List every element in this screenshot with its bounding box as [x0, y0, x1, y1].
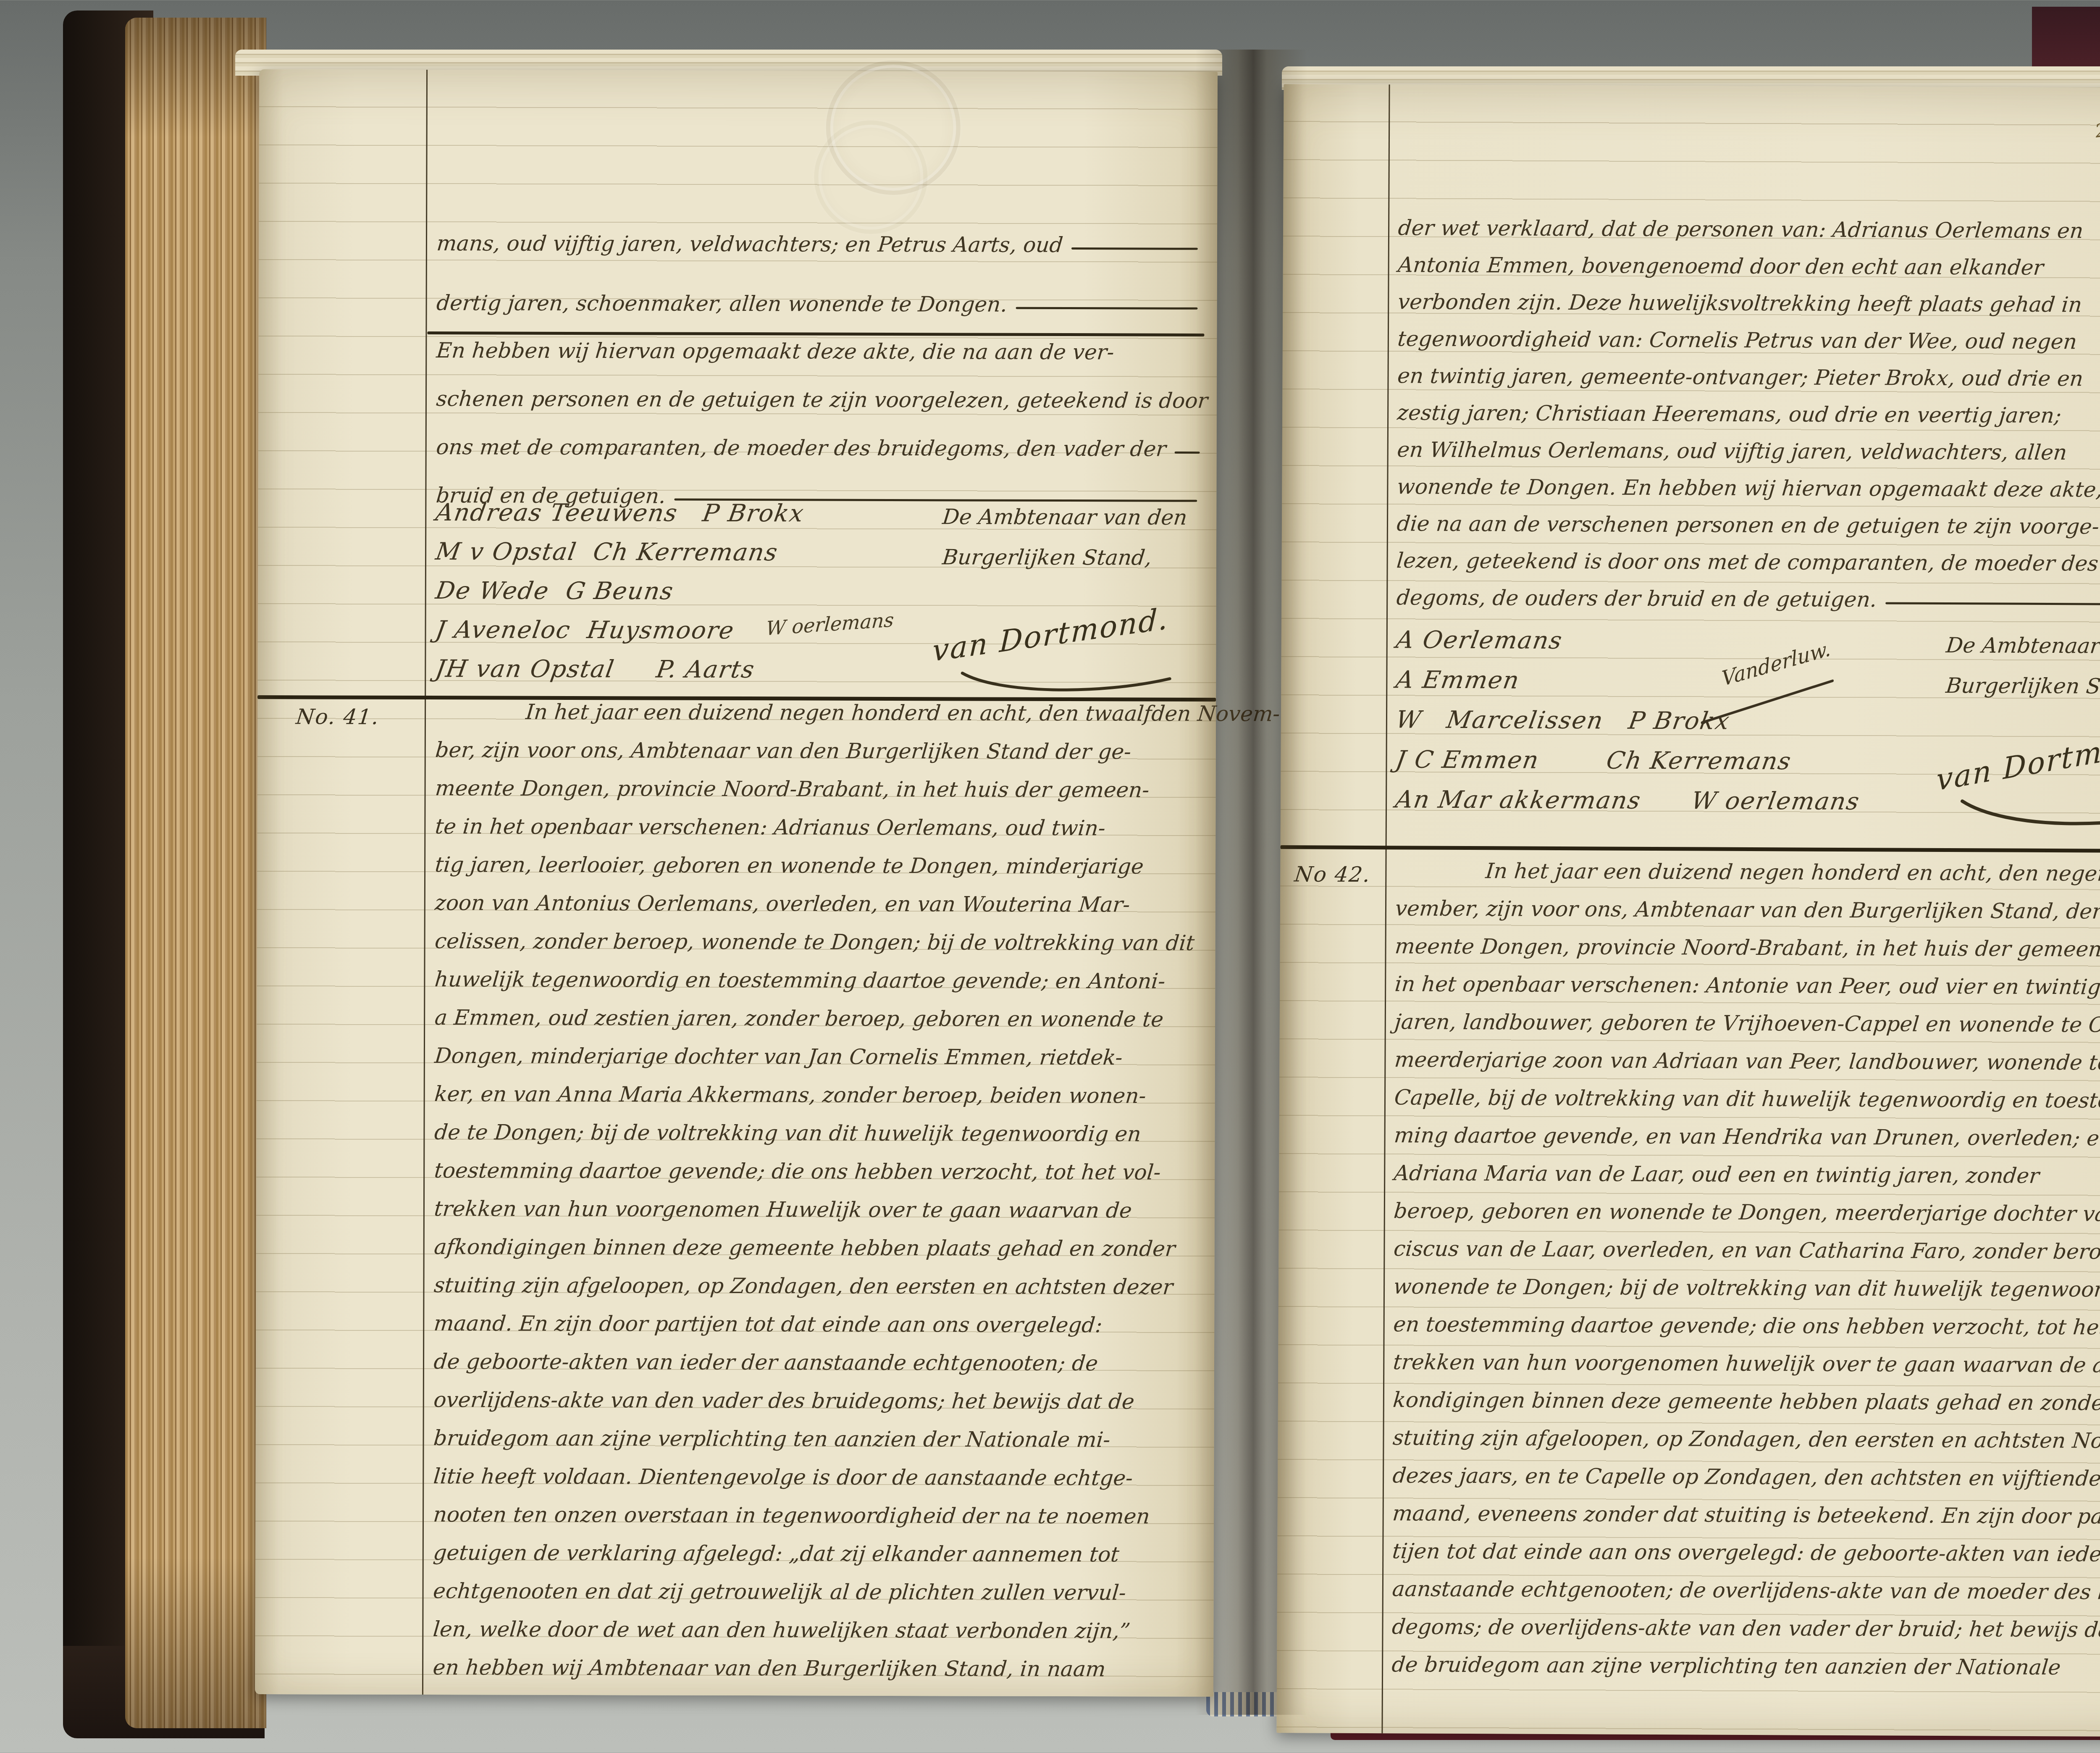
- signature: M v Opstal Ch Kerremans: [436, 526, 982, 567]
- handwritten-line: degoms, de ouders der bruid en de getuig…: [1396, 573, 2100, 613]
- handwritten-line: mans, oud vijftig jaren, veldwachters; e…: [437, 196, 1200, 258]
- handwritten-line: afkondigingen binnen deze gemeente hebbe…: [434, 1221, 1200, 1261]
- handwritten-line: huwelijk tegenwoordig en toestemming daa…: [435, 953, 1200, 993]
- record-41-body: In het jaar een duizend negen honderd en…: [433, 686, 1201, 1682]
- signature: Andreas Teeuwens P Brokx: [436, 487, 982, 528]
- handwritten-line: tig jaren, leerlooier, geboren en wonend…: [435, 838, 1200, 879]
- handwritten-line: lezen, geteekend is door ons met de comp…: [1397, 536, 2100, 576]
- handwritten-line: Capelle, bij de voltrekking van dit huwe…: [1394, 1072, 2100, 1113]
- record-40-signatures: Andreas Teeuwens P BrokxM v Opstal Ch Ke…: [436, 487, 982, 684]
- record-40-closing-lines: En hebben wij hiervan opgemaakt deze akt…: [436, 314, 1200, 510]
- handwritten-line: bruidegom aan zijne verplichting ten aan…: [433, 1412, 1199, 1452]
- handwritten-line: en Wilhelmus Oerlemans, oud vijftig jare…: [1397, 425, 2100, 465]
- registrar-title-line1: De Ambtenaar van den: [941, 505, 1189, 530]
- handwritten-line: In het jaar een duizend negen honderd en…: [1395, 845, 2100, 886]
- handwritten-line: tegenwoordigheid van: Cornelis Petrus va…: [1398, 314, 2100, 354]
- handwritten-line: maand, eveneens zonder dat stuiting is b…: [1393, 1488, 2100, 1529]
- handwritten-line: ker, en van Anna Maria Akkermans, zonder…: [435, 1068, 1200, 1108]
- handwritten-line: in het openbaar verschenen: Antonie van …: [1395, 958, 2100, 999]
- handwritten-line: de bruidegom aan zijne verplichting ten …: [1392, 1639, 2100, 1680]
- handwritten-line: len, welke door de wet aan den huwelijke…: [433, 1603, 1198, 1643]
- record-42-body: In het jaar een duizend negen honderd en…: [1392, 845, 2100, 1680]
- margin-divider-rule-right: [1381, 84, 1390, 1733]
- handwritten-line: Antonia Emmen, bovengenoemd door den ech…: [1398, 240, 2100, 280]
- handwritten-line: stuiting zijn afgeloopen, op Zondagen, d…: [1393, 1412, 2100, 1453]
- folio-annotation: 2° cv: [2094, 115, 2100, 142]
- handwritten-line: zoon van Antonius Oerlemans, overleden, …: [435, 877, 1200, 917]
- handwritten-line: wonende te Dongen; bij de voltrekking va…: [1394, 1261, 2100, 1302]
- handwritten-line: ciscus van de Laar, overleden, en van Ca…: [1394, 1223, 2100, 1264]
- handwritten-line: echtgenooten en dat zij getrouwelijk al …: [433, 1565, 1199, 1605]
- handwritten-line: dezes jaars, en te Capelle op Zondagen, …: [1393, 1450, 2100, 1491]
- handwritten-line: Adriana Maria van de Laar, oud een en tw…: [1394, 1147, 2100, 1188]
- handwritten-line: wonende te Dongen. En hebben wij hiervan…: [1397, 462, 2100, 502]
- handwritten-line: stuiting zijn afgeloopen, op Zondagen, d…: [434, 1259, 1199, 1299]
- handwritten-line: degoms; de overlijdens-akte van den vade…: [1392, 1601, 2100, 1642]
- handwritten-line: ming daartoe gevende, en van Hendrika va…: [1394, 1109, 2100, 1151]
- signature: J Aveneloc Huysmoore: [436, 604, 982, 645]
- signature: De Wede G Beuns: [436, 565, 982, 606]
- registrar-title-line2: Burgerlijken Stand,: [1945, 673, 2100, 699]
- handwritten-line: de te Dongen; bij de voltrekking van dit…: [434, 1106, 1200, 1146]
- record-40-end-lines: mans, oud vijftig jaren, veldwachters; e…: [437, 196, 1201, 317]
- handwritten-line: overlijdens-akte van den vader des bruid…: [434, 1374, 1199, 1414]
- handwritten-line: verbonden zijn. Deze huwelijksvoltrekkin…: [1398, 277, 2100, 317]
- handwritten-line: celissen, zonder beroep, wonende te Dong…: [435, 915, 1200, 955]
- handwritten-line: en toestemming daartoe gevende; die ons …: [1394, 1298, 2100, 1340]
- page-stack-fore-edge-left: [125, 18, 266, 1728]
- record-41-continuation: der wet verklaard, dat de personen van: …: [1396, 203, 2100, 613]
- clerk-paraph-text: Vanderluw.: [1721, 637, 1832, 691]
- handwritten-line: der wet verklaard, dat de personen van: …: [1398, 203, 2100, 243]
- handwritten-line: nooten ten onzen overstaan in tegenwoord…: [433, 1488, 1199, 1529]
- signature: JH van Opstal P. Aarts: [436, 644, 982, 684]
- signature: An Mar akkermans W oerlemans: [1396, 773, 2005, 816]
- handwritten-line: trekken van hun voorgenomen huwelijk ove…: [1393, 1336, 2100, 1377]
- handwritten-line: toestemming daartoe gevende; die ons heb…: [434, 1144, 1200, 1185]
- margin-divider-rule-left: [422, 70, 428, 1695]
- handwritten-line: vember, zijn voor ons, Ambtenaar van den…: [1395, 883, 2100, 924]
- record-42-number-label: No 42.: [1293, 862, 1372, 887]
- handwritten-line: getuigen de verklaring afgelegd: „dat zi…: [433, 1527, 1199, 1567]
- signature: J C Emmen Ch Kerremans: [1396, 733, 2005, 776]
- handwritten-line: dertig jaren, schoenmaker, allen wonende…: [437, 255, 1200, 317]
- handwritten-line: te in het openbaar verschenen: Adrianus …: [435, 800, 1200, 841]
- handwritten-line: die na aan de verschenen personen en de …: [1397, 499, 2100, 539]
- handwritten-line: a Emmen, oud zestien jaren, zonder beroe…: [435, 991, 1200, 1032]
- handwritten-line: litie heeft voldaan. Dientengevolge is d…: [433, 1450, 1199, 1490]
- signature-flourish-icon: [1959, 793, 2100, 831]
- handwritten-line: En hebben wij hiervan opgemaakt deze akt…: [436, 314, 1200, 365]
- handwritten-line: meente Dongen, provincie Noord-Brabant, …: [1395, 920, 2100, 962]
- handwritten-line: schenen personen en de getuigen te zijn …: [436, 363, 1200, 413]
- handwritten-line: zestig jaren; Christiaan Heeremans, oud …: [1397, 388, 2100, 428]
- handwritten-line: ons met de comparanten, de moeder des br…: [436, 411, 1200, 461]
- paraph-underline-icon: [1701, 679, 1834, 724]
- handwritten-line: meente Dongen, provincie Noord-Brabant, …: [436, 762, 1201, 802]
- handwritten-line: ber, zijn voor ons, Ambtenaar van den Bu…: [436, 724, 1201, 764]
- handwritten-line: en twintig jaren, gemeente-ontvanger; Pi…: [1397, 351, 2100, 391]
- handwritten-line: kondigingen binnen deze gemeente hebben …: [1393, 1374, 2100, 1415]
- handwritten-line: trekken van hun voorgenomen Huwelijk ove…: [434, 1183, 1200, 1223]
- handwritten-line: meerderjarige zoon van Adriaan van Peer,…: [1394, 1034, 2100, 1075]
- right-page: 2° cv der wet verklaard, dat de personen…: [1276, 84, 2100, 1737]
- left-page: mans, oud vijftig jaren, veldwachters; e…: [255, 69, 1218, 1697]
- handwritten-line: de geboorte-akten van ieder der aanstaan…: [434, 1335, 1199, 1376]
- registrar-attestation: De Ambtenaar van den Burgerlijken Stand,: [942, 489, 1187, 570]
- handwritten-line: aanstaande echtgenooten; de overlijdens-…: [1392, 1563, 2100, 1604]
- handwritten-line: In het jaar een duizend negen honderd en…: [436, 686, 1201, 726]
- handwritten-line: beroep, geboren en wonende te Dongen, me…: [1394, 1185, 2100, 1226]
- handwritten-line: Dongen, minderjarige dochter van Jan Cor…: [435, 1030, 1200, 1070]
- handwritten-line: maand. En zijn door partijen tot dat ein…: [434, 1297, 1199, 1338]
- scanned-register-spread: { "folio_note": "2° cv", "colors": { "pa…: [0, 0, 2100, 1753]
- record-41-number-label: No. 41.: [295, 704, 381, 729]
- handwritten-line: tijen tot dat einde aan ons overgelegd: …: [1392, 1525, 2100, 1566]
- handwritten-line: en hebben wij Ambtenaar van den Burgerli…: [433, 1641, 1198, 1682]
- registrar-title-line2: Burgerlijken Stand,: [941, 545, 1153, 570]
- handwritten-line: jaren, landbouwer, geboren te Vrijhoeven…: [1395, 996, 2100, 1037]
- registrar-title-line1: De Ambtenaar van den: [1945, 633, 2100, 659]
- registrar-attestation: De Ambtenaar van den Burgerlijken Stand,: [1946, 617, 2100, 699]
